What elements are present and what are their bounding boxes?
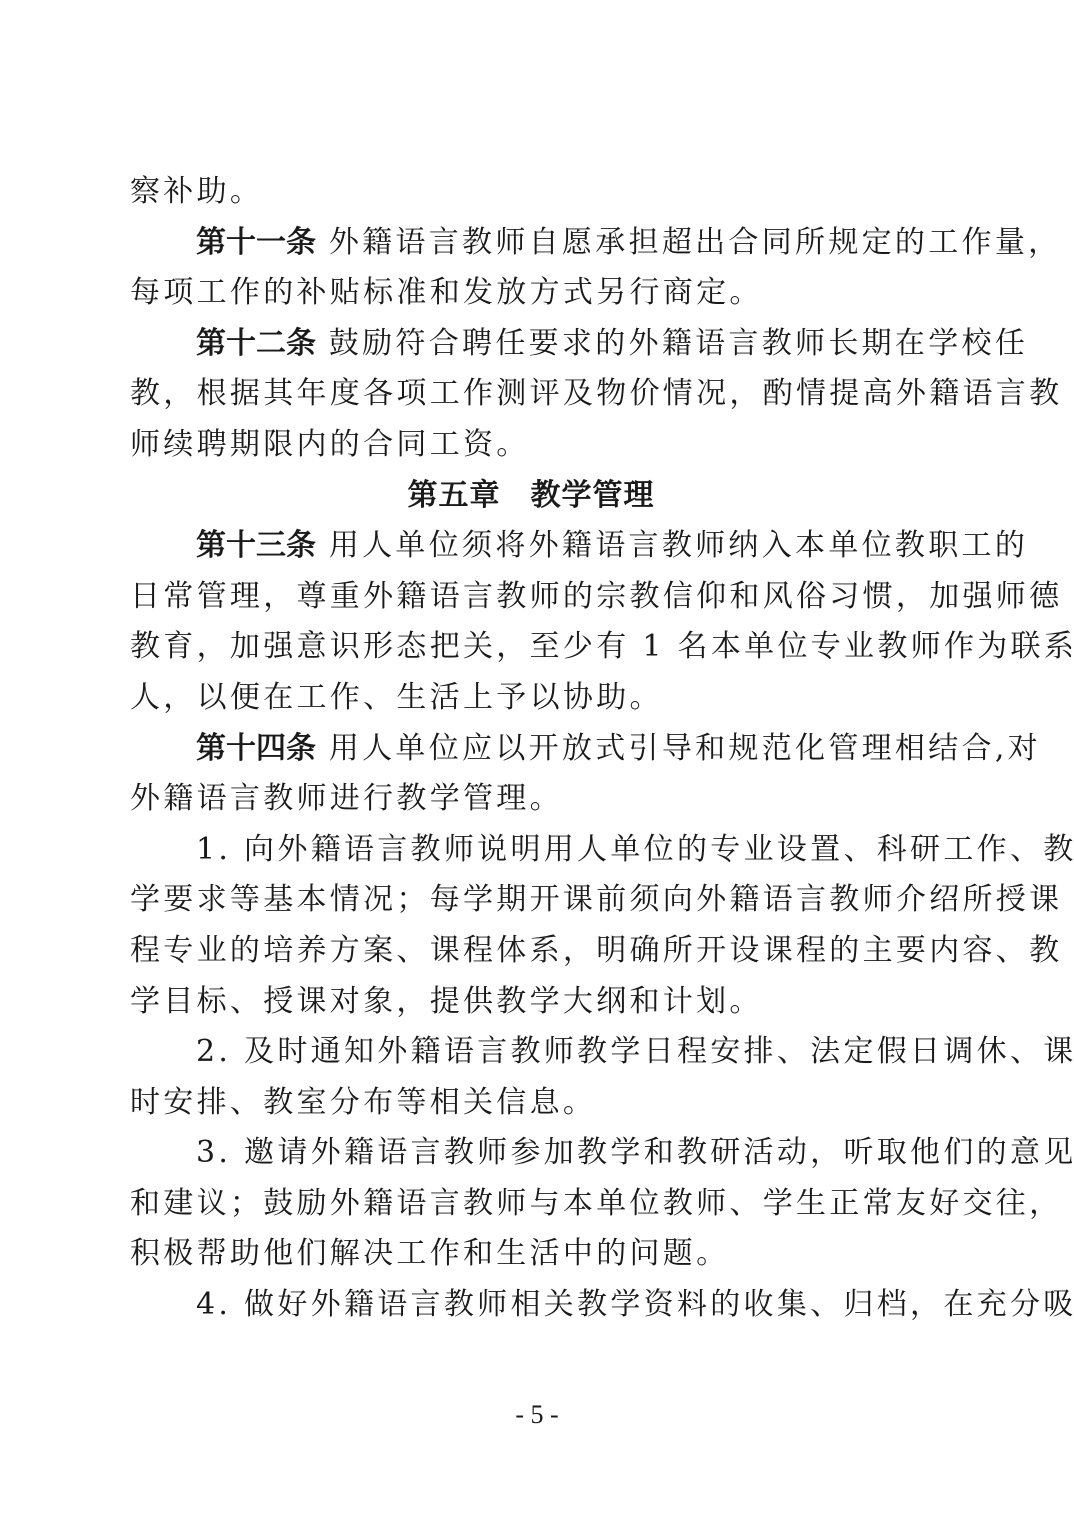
article-13: 第十三条 用人单位须将外籍语言教师纳入本单位教职工的: [130, 521, 932, 572]
article-12: 第十二条 鼓励符合聘任要求的外籍语言教师长期在学校任: [130, 319, 932, 370]
paragraph-line: 教育，加强意识形态把关，至少有 1 名本单位专业教师作为联系: [130, 622, 932, 673]
article-label: 第十二条: [196, 326, 316, 361]
paragraph-line: 学目标、授课对象，提供教学大纲和计划。: [130, 977, 932, 1028]
article-label: 第十一条: [196, 225, 316, 260]
article-11: 第十一条 外籍语言教师自愿承担超出合同所规定的工作量，: [130, 218, 932, 269]
paragraph-line: 积极帮助他们解决工作和生活中的问题。: [130, 1229, 932, 1280]
list-item-4: 4. 做好外籍语言教师相关教学资料的收集、归档，在充分吸: [130, 1280, 932, 1331]
article-label: 第十四条: [196, 731, 316, 766]
chapter-number: 第五章: [408, 478, 501, 513]
paragraph-line: 学要求等基本情况；每学期开课前须向外籍语言教师介绍所授课: [130, 875, 932, 926]
chapter-title: 教学管理: [531, 478, 655, 513]
chapter-heading: 第五章教学管理: [130, 471, 932, 522]
paragraph-line: 每项工作的补贴标准和发放方式另行商定。: [130, 268, 932, 319]
paragraph-line: 人，以便在工作、生活上予以协助。: [130, 673, 932, 724]
paragraph-line: 师续聘期限内的合同工资。: [130, 420, 932, 471]
list-item-3: 3. 邀请外籍语言教师参加教学和教研活动，听取他们的意见: [130, 1128, 932, 1179]
paragraph-line: 时安排、教室分布等相关信息。: [130, 1078, 932, 1129]
paragraph-line: 日常管理，尊重外籍语言教师的宗教信仰和风俗习惯，加强师德: [130, 572, 932, 623]
paragraph-line: 教，根据其年度各项工作测评及物价情况，酌情提高外籍语言教: [130, 369, 932, 420]
article-label: 第十三条: [196, 528, 316, 563]
list-item-2: 2. 及时通知外籍语言教师教学日程安排、法定假日调休、课: [130, 1027, 932, 1078]
paragraph-line: 外籍语言教师进行教学管理。: [130, 774, 932, 825]
list-item-1: 1. 向外籍语言教师说明用人单位的专业设置、科研工作、教: [130, 825, 932, 876]
paragraph-line: 程专业的培养方案、课程体系，明确所开设课程的主要内容、教: [130, 926, 932, 977]
article-14: 第十四条 用人单位应以开放式引导和规范化管理相结合,对: [130, 724, 932, 775]
document-body: 察补助。 第十一条 外籍语言教师自愿承担超出合同所规定的工作量， 每项工作的补贴…: [130, 167, 932, 1331]
paragraph-line: 察补助。: [130, 167, 932, 218]
paragraph-line: 和建议；鼓励外籍语言教师与本单位教师、学生正常友好交往，: [130, 1179, 932, 1230]
page-number: - 5 -: [0, 1400, 1074, 1430]
